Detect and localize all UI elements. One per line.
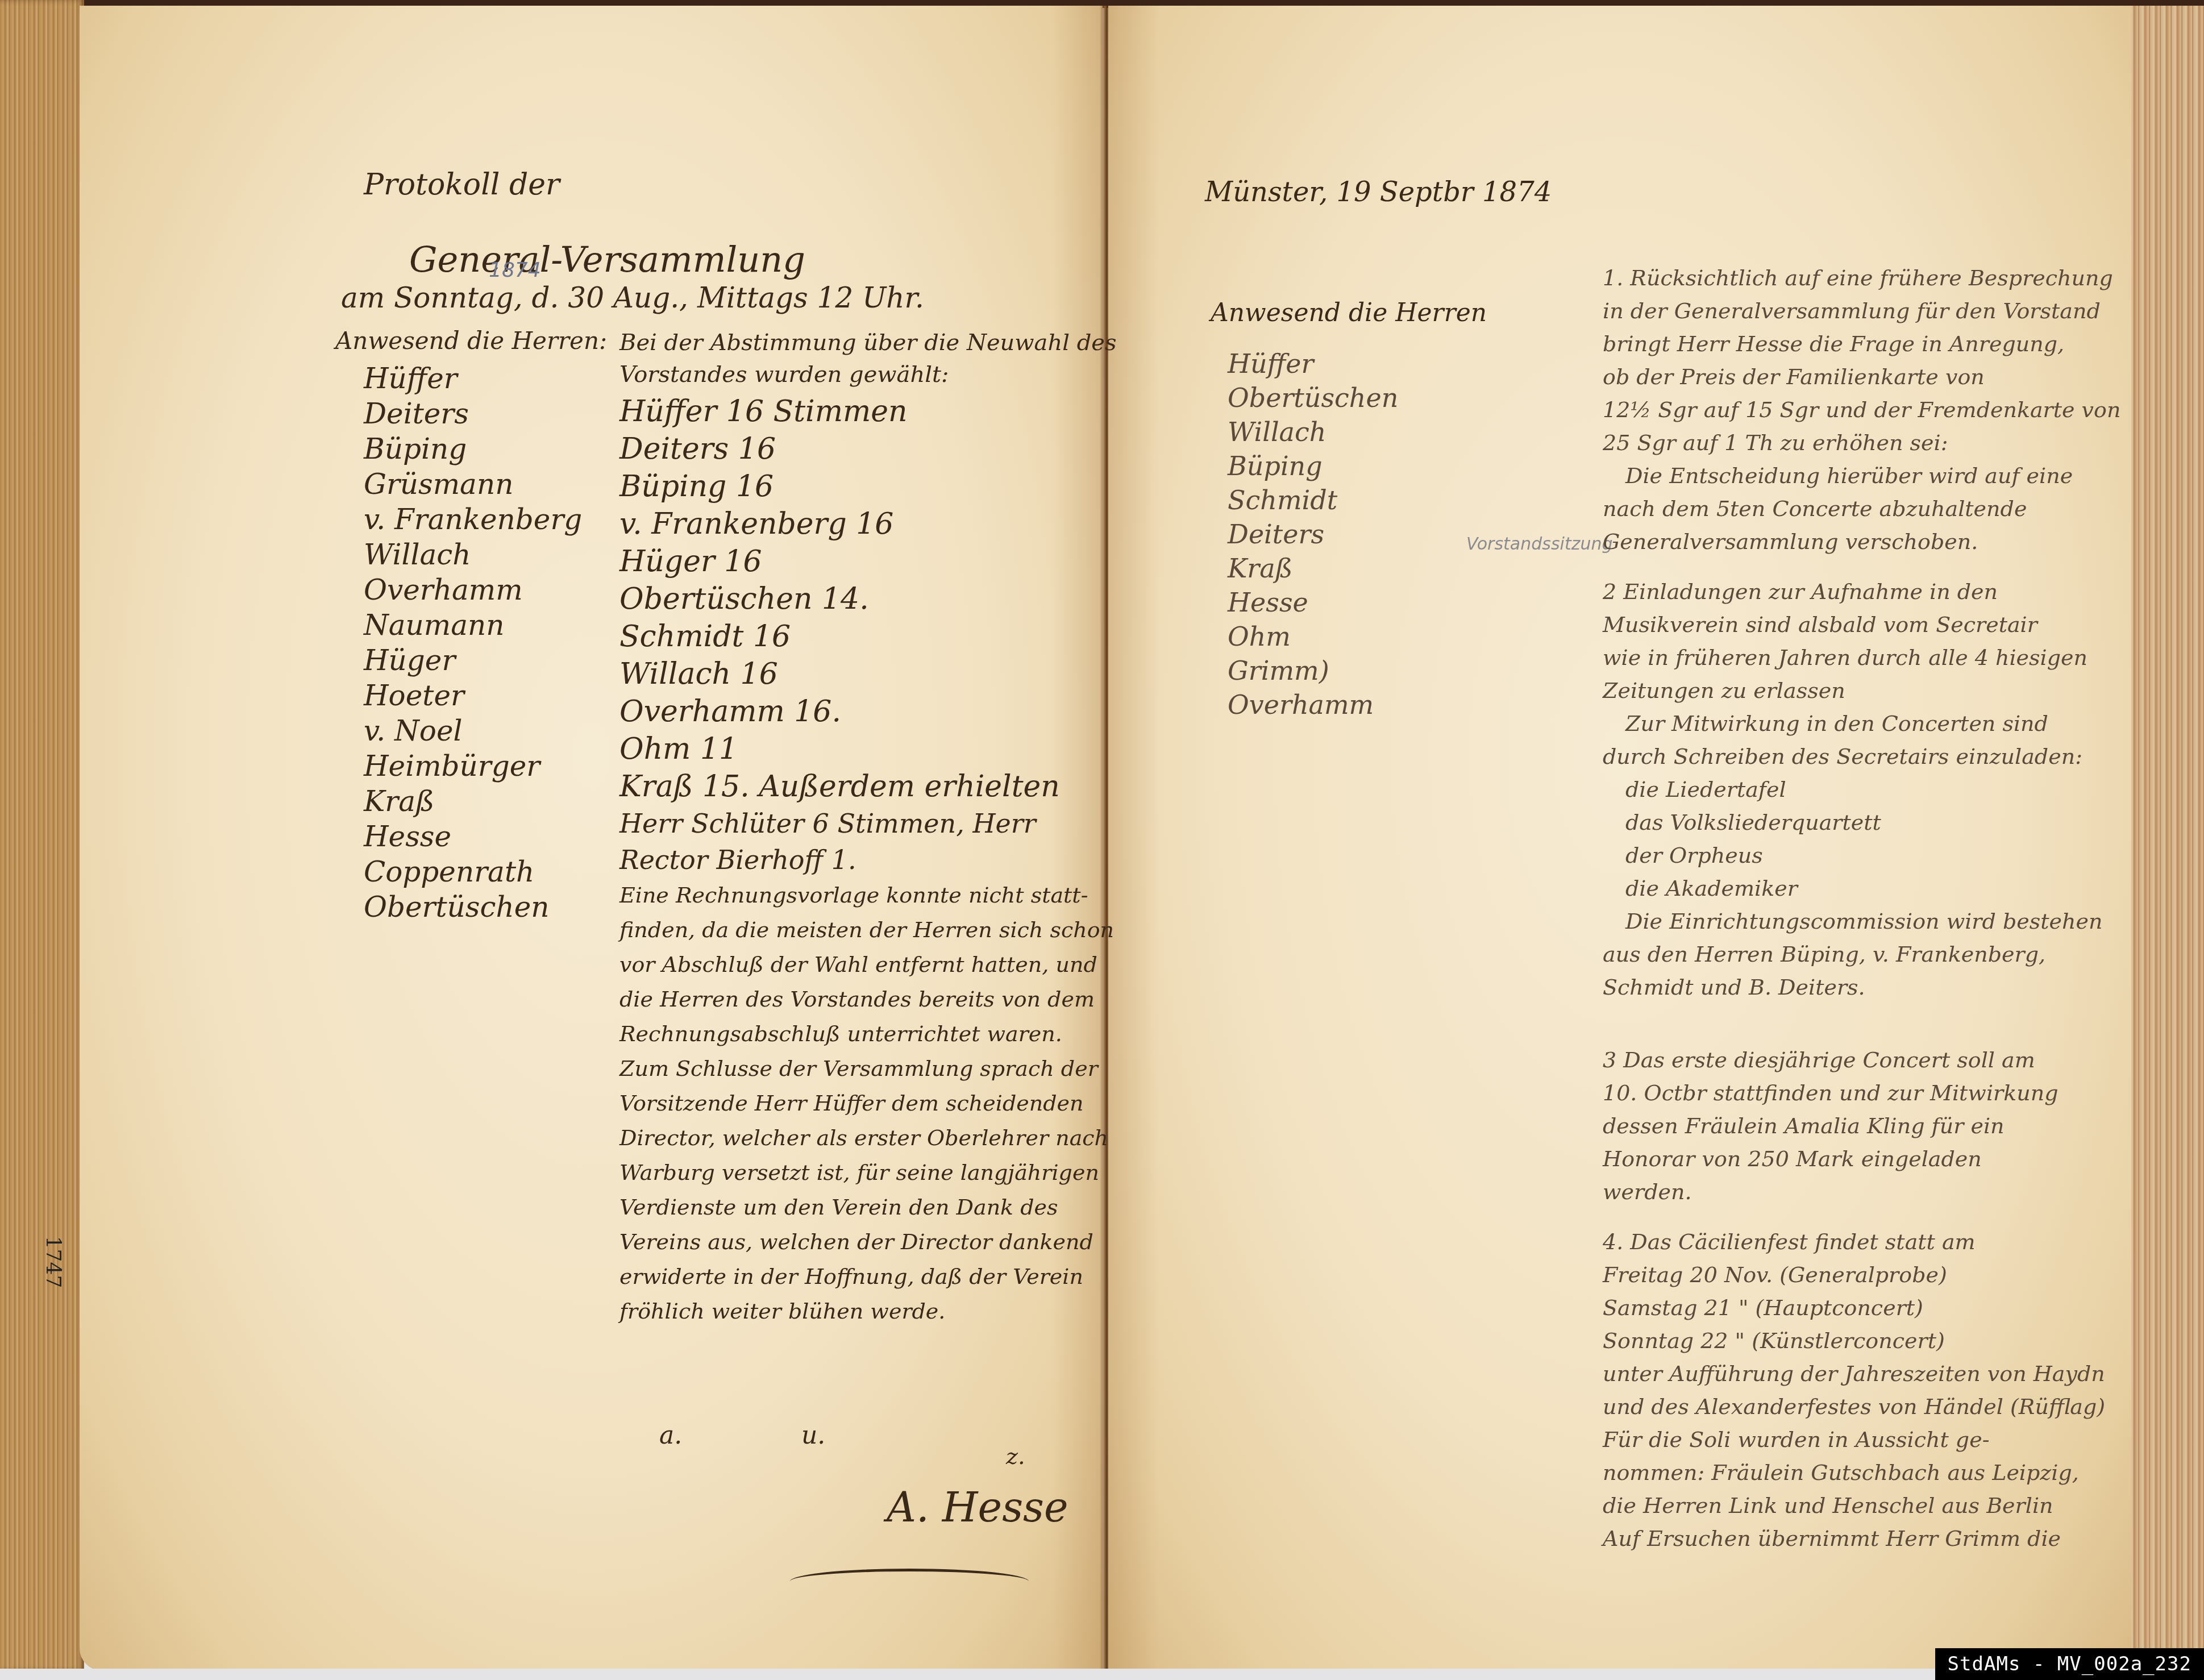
agenda-item-2: 2 Einladungen zur Aufnahme in den Musikv…	[1603, 575, 2131, 1004]
agenda-item-3: 3 Das erste diesjährige Concert soll am …	[1603, 1043, 2131, 1208]
paragraph-line: die Herren des Vorstandes bereits von de…	[619, 982, 1086, 1017]
right-present-list: Hüffer Obertüschen Willach Büping Schmid…	[1228, 347, 1466, 722]
edge-number: 1747	[41, 1236, 65, 1288]
vote-extra-line: Herr Schlüter 6 Stimmen, Herr	[619, 805, 1086, 842]
paragraph-line: Vorsitzende Herr Hüffer dem scheidenden	[619, 1086, 1086, 1121]
vote-row: Büping 16	[619, 468, 1086, 505]
present-name: Hüger	[364, 643, 602, 678]
minutes-paragraph: Eine Rechnungsvorlage konnte nicht statt…	[619, 878, 1086, 1329]
item-line: 12½ Sgr auf 15 Sgr und der Fremdenkarte …	[1603, 393, 2131, 426]
item-line: und des Alexanderfestes von Händel (Rüff…	[1603, 1390, 2131, 1423]
vote-count: 11	[700, 732, 738, 766]
right-present-heading: Anwesend die Herren	[1211, 298, 1487, 327]
item-line: Generalversammlung verschoben.	[1603, 525, 2131, 558]
pencil-margin-note: Vorstandssitzung	[1466, 534, 1612, 554]
left-present-list: Hüffer Deiters Büping Grüsmann v. Franke…	[364, 361, 602, 925]
vote-intro-line: Vorstandes wurden gewählt:	[619, 359, 1086, 390]
left-present-heading: Anwesend die Herren:	[335, 327, 607, 355]
item-line: bringt Herr Hesse die Frage in Anregung,	[1603, 327, 2131, 360]
paragraph-line: fröhlich weiter blühen werde.	[619, 1294, 1086, 1329]
right-date-line: Münster, 19 Septbr 1874	[1205, 176, 1552, 208]
vote-suffix: Außerdem erhielten	[759, 770, 1060, 804]
present-name: Grimm)	[1228, 654, 1466, 688]
book-spread: Protokoll der General-Versammlung 1874 a…	[0, 0, 2204, 1680]
item-line: 4. Das Cäcilienfest findet statt am	[1603, 1225, 2131, 1258]
item-line: die Liedertafel	[1603, 773, 2131, 806]
item-line: durch Schreiben des Secretairs einzulade…	[1603, 740, 2131, 773]
vote-count: 15.	[702, 770, 750, 804]
item-line: Zur Mitwirkung in den Concerten sind	[1603, 707, 2131, 740]
present-name: Hüffer	[364, 361, 602, 396]
vote-name: Willach	[619, 657, 731, 691]
present-name: Obertüschen	[1228, 381, 1466, 415]
paragraph-line: Vereins aus, welchen der Director danken…	[619, 1225, 1086, 1259]
vote-name: Hüffer	[619, 394, 717, 429]
vote-row: Willach 16	[619, 655, 1086, 693]
paragraph-line: Eine Rechnungsvorlage konnte nicht statt…	[619, 878, 1086, 913]
left-title-line2: General-Versammlung	[409, 239, 805, 280]
vote-count: 16	[856, 507, 893, 541]
left-title-line3: am Sonntag, d. 30 Aug., Mittags 12 Uhr.	[341, 281, 924, 314]
vote-row: Ohm 11	[619, 730, 1086, 768]
vote-count: 16.	[794, 695, 841, 729]
vote-row: Obertüschen 14.	[619, 580, 1086, 618]
item-line: Die Entscheidung hierüber wird auf eine	[1603, 459, 2131, 492]
vote-count: 16	[741, 657, 778, 691]
present-name: Hesse	[364, 819, 602, 854]
item-line: 10. Octbr stattfinden und zur Mitwirkung	[1603, 1076, 2131, 1109]
present-name: Ohm	[1228, 619, 1466, 654]
left-page-edges	[0, 0, 84, 1671]
paragraph-line: Verdienste um den Verein den Dank des	[619, 1190, 1086, 1225]
item-line: werden.	[1603, 1175, 2131, 1208]
vote-name: Overhamm	[619, 695, 785, 729]
vote-name: Ohm	[619, 732, 691, 766]
vote-intro-line: Bei der Abstimmung über die Neuwahl des	[619, 327, 1086, 359]
present-name: v. Frankenberg	[364, 502, 602, 537]
archive-watermark: StdAMs - MV_002a_232	[1935, 1648, 2204, 1680]
vote-name: Hüger	[619, 544, 715, 579]
present-name: Büping	[364, 431, 602, 467]
vote-count: 14.	[822, 582, 869, 616]
paragraph-line: Rechnungsabschluß unterrichtet waren.	[619, 1017, 1086, 1051]
vote-row: Hüffer 16 Stimmen	[619, 393, 1086, 430]
left-title-line1: Protokoll der	[364, 168, 560, 202]
agenda-items: 1. Rücksichtlich auf eine frühere Bespre…	[1603, 261, 2131, 1555]
item-line: aus den Herren Büping, v. Frankenberg,	[1603, 938, 2131, 971]
item-line: das Volksliederquartett	[1603, 806, 2131, 839]
vote-count: 16	[738, 432, 776, 466]
item-line: Freitag 20 Nov. (Generalprobe)	[1603, 1258, 2131, 1291]
present-name: Overhamm	[364, 572, 602, 608]
vote-row: Hüger 16	[619, 543, 1086, 580]
present-name: Hoeter	[364, 678, 602, 713]
closing-mark: a.	[659, 1421, 682, 1450]
item-line: Die Einrichtungscommission wird bestehen	[1603, 905, 2131, 938]
item-line: Zeitungen zu erlassen	[1603, 674, 2131, 707]
vote-count: 16	[726, 394, 764, 429]
item-line: Für die Soli wurden in Aussicht ge-	[1603, 1423, 2131, 1456]
scan-background	[0, 1669, 2204, 1680]
pencil-year-note: 1874	[489, 259, 541, 282]
item-line: nach dem 5ten Concerte abzuhaltende	[1603, 492, 2131, 525]
paragraph-line: finden, da die meisten der Herren sich s…	[619, 913, 1086, 947]
vote-section: Bei der Abstimmung über die Neuwahl des …	[619, 327, 1086, 1329]
closing-mark: u.	[801, 1421, 825, 1450]
signature: A. Hesse	[887, 1483, 1068, 1531]
present-name: Deiters	[364, 396, 602, 431]
vote-extra-line: Rector Bierhoff 1.	[619, 842, 1086, 878]
item-line: 1. Rücksichtlich auf eine frühere Bespre…	[1603, 261, 2131, 294]
item-line: ob der Preis der Familienkarte von	[1603, 360, 2131, 393]
present-name: Schmidt	[1228, 483, 1466, 517]
vote-results: Hüffer 16 Stimmen Deiters 16 Büping 16 v…	[619, 393, 1086, 805]
vote-name: Deiters	[619, 432, 729, 466]
item-line: unter Aufführung der Jahreszeiten von Ha…	[1603, 1357, 2131, 1390]
item-line: 25 Sgr auf 1 Th zu erhöhen sei:	[1603, 426, 2131, 459]
item-line: 3 Das erste diesjährige Concert soll am	[1603, 1043, 2131, 1076]
vote-count: 16	[753, 619, 791, 654]
present-name: Hüffer	[1228, 347, 1466, 381]
paragraph-line: Zum Schlusse der Versammlung sprach der	[619, 1051, 1086, 1086]
item-line: dessen Fräulein Amalia Kling für ein	[1603, 1109, 2131, 1142]
vote-name: Kraß	[619, 770, 693, 804]
signature-prefix: z.	[1006, 1444, 1025, 1470]
present-name: Hesse	[1228, 585, 1466, 619]
vote-name: Büping	[619, 469, 726, 504]
vote-count: 16	[736, 469, 774, 504]
present-name: Heimbürger	[364, 748, 602, 784]
paragraph-line: Warburg versetzt ist, für seine langjähr…	[619, 1155, 1086, 1190]
item-line: die Herren Link und Henschel aus Berlin	[1603, 1489, 2131, 1522]
item-line: wie in früheren Jahren durch alle 4 hies…	[1603, 641, 2131, 674]
present-name: Overhamm	[1228, 688, 1466, 722]
present-name: Coppenrath	[364, 854, 602, 889]
item-line: Samstag 21 " (Hauptconcert)	[1603, 1291, 2131, 1324]
item-line: die Akademiker	[1603, 872, 2131, 905]
vote-row: v. Frankenberg 16	[619, 505, 1086, 543]
vote-count: 16	[724, 544, 762, 579]
vote-row: Overhamm 16.	[619, 693, 1086, 730]
item-line: nommen: Fräulein Gutschbach aus Leipzig,	[1603, 1456, 2131, 1489]
vote-extra: Herr Schlüter 6 Stimmen, Herr Rector Bie…	[619, 805, 1086, 878]
paragraph-line: vor Abschluß der Wahl entfernt hatten, u…	[619, 947, 1086, 982]
item-line: Schmidt und B. Deiters.	[1603, 971, 2131, 1004]
vote-name: v. Frankenberg	[619, 507, 847, 541]
present-name: Kraß	[364, 784, 602, 819]
present-name: Naumann	[364, 608, 602, 643]
item-line: Auf Ersuchen übernimmt Herr Grimm die	[1603, 1522, 2131, 1555]
vote-name: Obertüschen	[619, 582, 813, 616]
vote-row: Deiters 16	[619, 430, 1086, 468]
present-name: Deiters	[1228, 517, 1466, 551]
present-name: Grüsmann	[364, 467, 602, 502]
agenda-item-1: 1. Rücksichtlich auf eine frühere Bespre…	[1603, 261, 2131, 558]
vote-name: Schmidt	[619, 619, 743, 654]
present-name: Obertüschen	[364, 889, 602, 925]
item-line: in der Generalversammlung für den Vorsta…	[1603, 294, 2131, 327]
item-line: Sonntag 22 " (Künstlerconcert)	[1603, 1324, 2131, 1357]
paragraph-line: Director, welcher als erster Oberlehrer …	[619, 1121, 1086, 1155]
vote-row: Kraß 15. Außerdem erhielten	[619, 768, 1086, 805]
present-name: Willach	[364, 537, 602, 572]
paragraph-line: erwiderte in der Hoffnung, daß der Verei…	[619, 1259, 1086, 1294]
right-page-edges	[2128, 6, 2204, 1665]
present-name: Kraß	[1228, 551, 1466, 585]
agenda-item-4: 4. Das Cäcilienfest findet statt am Frei…	[1603, 1225, 2131, 1555]
item-line: 2 Einladungen zur Aufnahme in den	[1603, 575, 2131, 608]
vote-row: Schmidt 16	[619, 618, 1086, 655]
item-line: der Orpheus	[1603, 839, 2131, 872]
signature-flourish	[790, 1569, 1029, 1594]
present-name: Willach	[1228, 415, 1466, 449]
item-line: Musikverein sind alsbald vom Secretair	[1603, 608, 2131, 641]
present-name: Büping	[1228, 449, 1466, 483]
item-line: Honorar von 250 Mark eingeladen	[1603, 1142, 2131, 1175]
vote-suffix: Stimmen	[774, 394, 908, 429]
present-name: v. Noel	[364, 713, 602, 748]
